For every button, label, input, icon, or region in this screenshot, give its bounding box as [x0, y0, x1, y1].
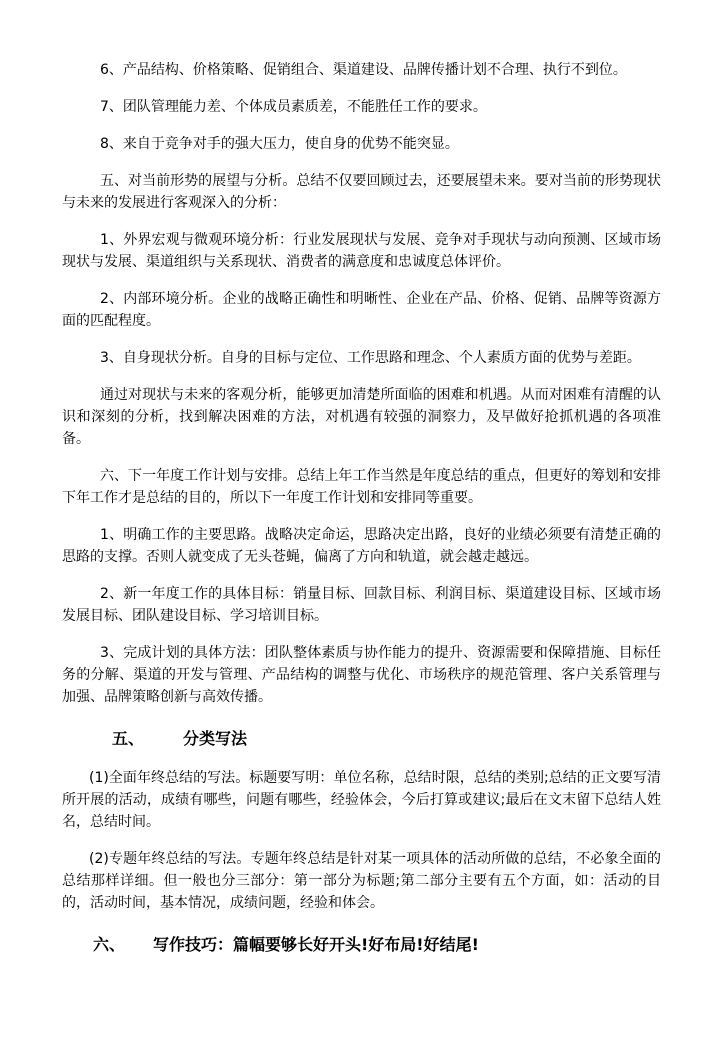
heading-title: 写作技巧：篇幅要够长好开头!好布局!好结尾! — [153, 935, 479, 954]
paragraph-section-six-plan: 六、下一年度工作计划与安排。总结上年工作当然是年度总结的重点，但更好的筹划和安排… — [62, 465, 661, 509]
paragraph-problem-7: 7、团队管理能力差、个体成员素质差，不能胜任工作的要求。 — [62, 96, 661, 118]
paragraph-analysis-summary: 通过对现状与未来的客观分析，能够更加清楚所面临的困难和机遇。从而对困难有清醒的认… — [62, 384, 661, 450]
paragraph-plan-2: 2、新一年度工作的具体目标：销量目标、回款目标、利润目标、渠道建设目标、区域市场… — [62, 583, 661, 627]
paragraph-method-1: (1)全面年终总结的写法。标题要写明：单位名称，总结时限，总结的类别;总结的正文… — [62, 767, 661, 833]
paragraph-section-five-outlook: 五、对当前形势的展望与分析。总结不仅要回顾过去，还要展望未来。要对当前的形势现状… — [62, 170, 661, 214]
section-heading-writing-tips: 六、写作技巧：篇幅要够长好开头!好布局!好结尾! — [62, 932, 661, 958]
section-heading-classification: 五、分类写法 — [62, 726, 661, 752]
paragraph-analysis-2: 2、内部环境分析。企业的战略正确性和明晰性、企业在产品、价格、促销、品牌等资源方… — [62, 288, 661, 332]
paragraph-plan-3: 3、完成计划的具体方法：团队整体素质与协作能力的提升、资源需要和保障措施、目标任… — [62, 642, 661, 708]
paragraph-problem-8: 8、来自于竞争对手的强大压力，使自身的优势不能突显。 — [62, 133, 661, 155]
paragraph-analysis-3: 3、自身现状分析。自身的目标与定位、工作思路和理念、个人素质方面的优势与差距。 — [62, 347, 661, 369]
heading-number: 六、 — [93, 932, 153, 958]
paragraph-method-2: (2)专题年终总结的写法。专题年终总结是针对某一项具体的活动所做的总结，不必象全… — [62, 848, 661, 914]
paragraph-plan-1: 1、明确工作的主要思路。战略决定命运，思路决定出路，良好的业绩必须要有清楚正确的… — [62, 524, 661, 568]
heading-title: 分类写法 — [183, 729, 247, 748]
heading-number: 五、 — [112, 726, 183, 752]
paragraph-analysis-1: 1、外界宏观与微观环境分析：行业发展现状与发展、竞争对手现状与动向预测、区域市场… — [62, 229, 661, 273]
document-page: 6、产品结构、价格策略、促销组合、渠道建设、品牌传播计划不合理、执行不到位。 7… — [0, 0, 721, 1050]
paragraph-problem-6: 6、产品结构、价格策略、促销组合、渠道建设、品牌传播计划不合理、执行不到位。 — [62, 59, 661, 81]
